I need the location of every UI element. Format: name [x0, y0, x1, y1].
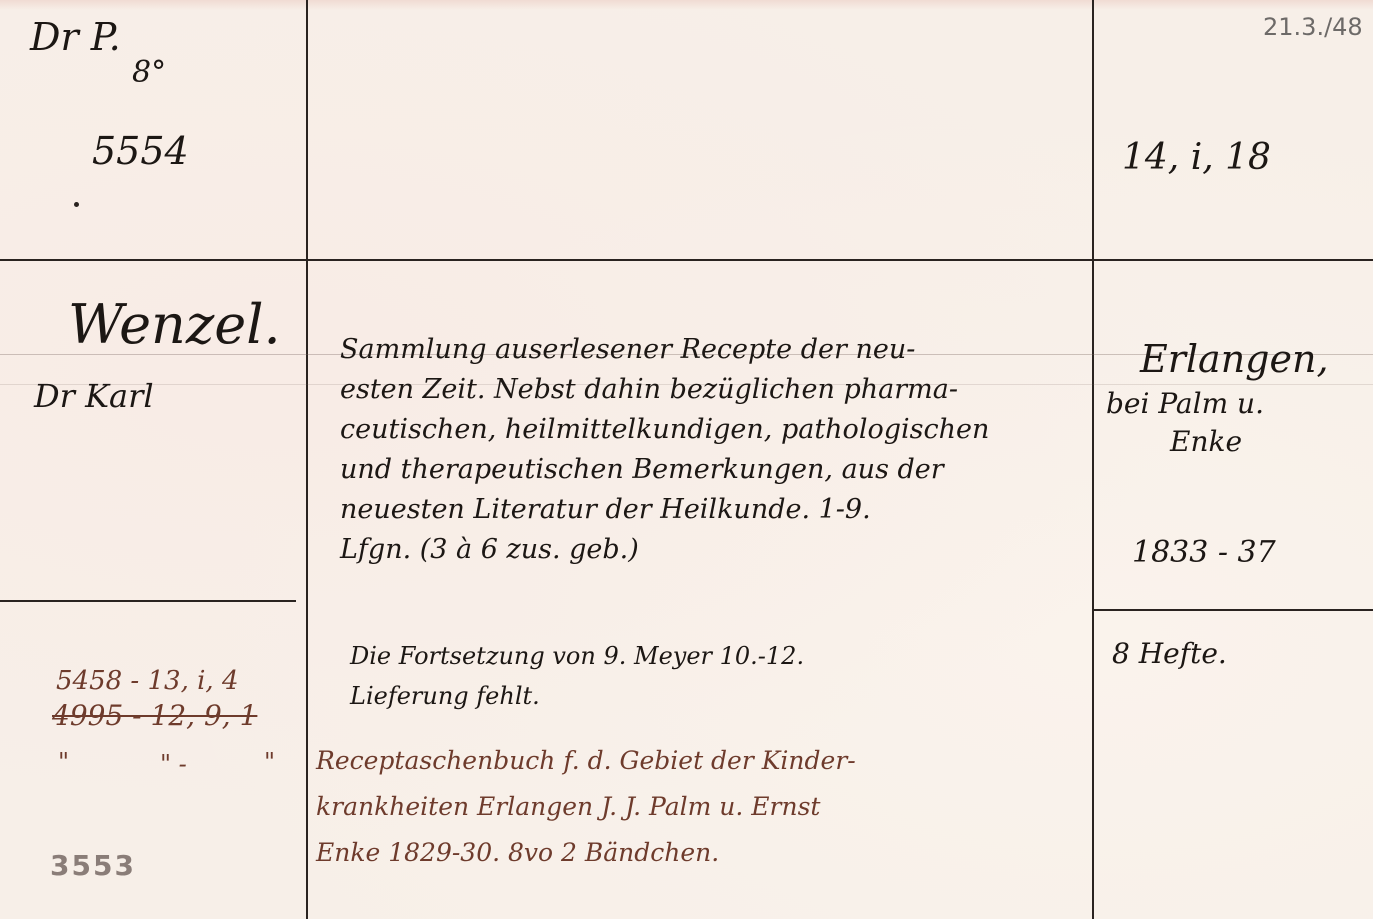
struck-reference-number: 4995 - 12, 9, 1	[52, 702, 257, 730]
date-stamp: 14, i, 18	[1122, 140, 1271, 176]
format-size: 8°	[132, 58, 166, 88]
added-entry-line: krankheiten Erlangen J. J. Palm u. Ernst	[316, 784, 856, 830]
pencil-date: 21.3./48	[1263, 15, 1363, 39]
column-divider-right	[1092, 0, 1094, 919]
place-of-publication: Erlangen,	[1140, 340, 1329, 378]
title-line: esten Zeit. Nebst dahin bezüglichen phar…	[340, 370, 989, 410]
ditto-mark: " -	[160, 752, 187, 776]
title-line: neuesten Literatur der Heilkunde. 1-9.	[340, 490, 989, 530]
title-block: Sammlung auserlesener Recepte der neu- e…	[340, 330, 989, 570]
row-divider-right-lower	[1092, 609, 1373, 611]
publication-years: 1833 - 37	[1132, 538, 1276, 568]
ink-dot	[74, 202, 79, 207]
title-line: Lfgn. (3 à 6 zus. geb.)	[340, 530, 989, 570]
note-line: Lieferung fehlt.	[350, 676, 804, 716]
publisher-line: Enke	[1170, 428, 1242, 456]
shelf-number: 5554	[92, 132, 189, 170]
volume-count: 8 Hefte.	[1112, 640, 1227, 668]
author-forename: Dr Karl	[34, 380, 154, 412]
reference-number: 5458 - 13, i, 4	[56, 668, 238, 694]
author-surname: Wenzel.	[68, 298, 281, 352]
catalog-card: Dr P. 8° 5554 21.3./48 14, i, 18 Wenzel.…	[0, 0, 1373, 919]
faded-stamp-number: 3553	[50, 852, 136, 880]
row-divider-top	[0, 259, 1373, 261]
added-entry: Receptaschenbuch f. d. Gebiet der Kinder…	[316, 738, 856, 876]
format-abbrev: Dr P.	[30, 18, 121, 56]
added-entry-line: Receptaschenbuch f. d. Gebiet der Kinder…	[316, 738, 856, 784]
continuation-note: Die Fortsetzung von 9. Meyer 10.-12. Lie…	[350, 636, 804, 716]
row-divider-left-lower	[0, 600, 296, 602]
note-line: Die Fortsetzung von 9. Meyer 10.-12.	[350, 636, 804, 676]
ditto-mark: "	[58, 750, 69, 774]
title-line: und therapeutischen Bemerkungen, aus der	[340, 450, 989, 490]
title-line: ceutischen, heilmittelkundigen, patholog…	[340, 410, 989, 450]
title-line: Sammlung auserlesener Recepte der neu-	[340, 330, 989, 370]
added-entry-line: Enke 1829-30. 8vo 2 Bändchen.	[316, 830, 856, 876]
publisher-line: bei Palm u.	[1106, 390, 1264, 418]
column-divider-left	[306, 0, 308, 919]
ditto-mark: "	[264, 750, 275, 774]
